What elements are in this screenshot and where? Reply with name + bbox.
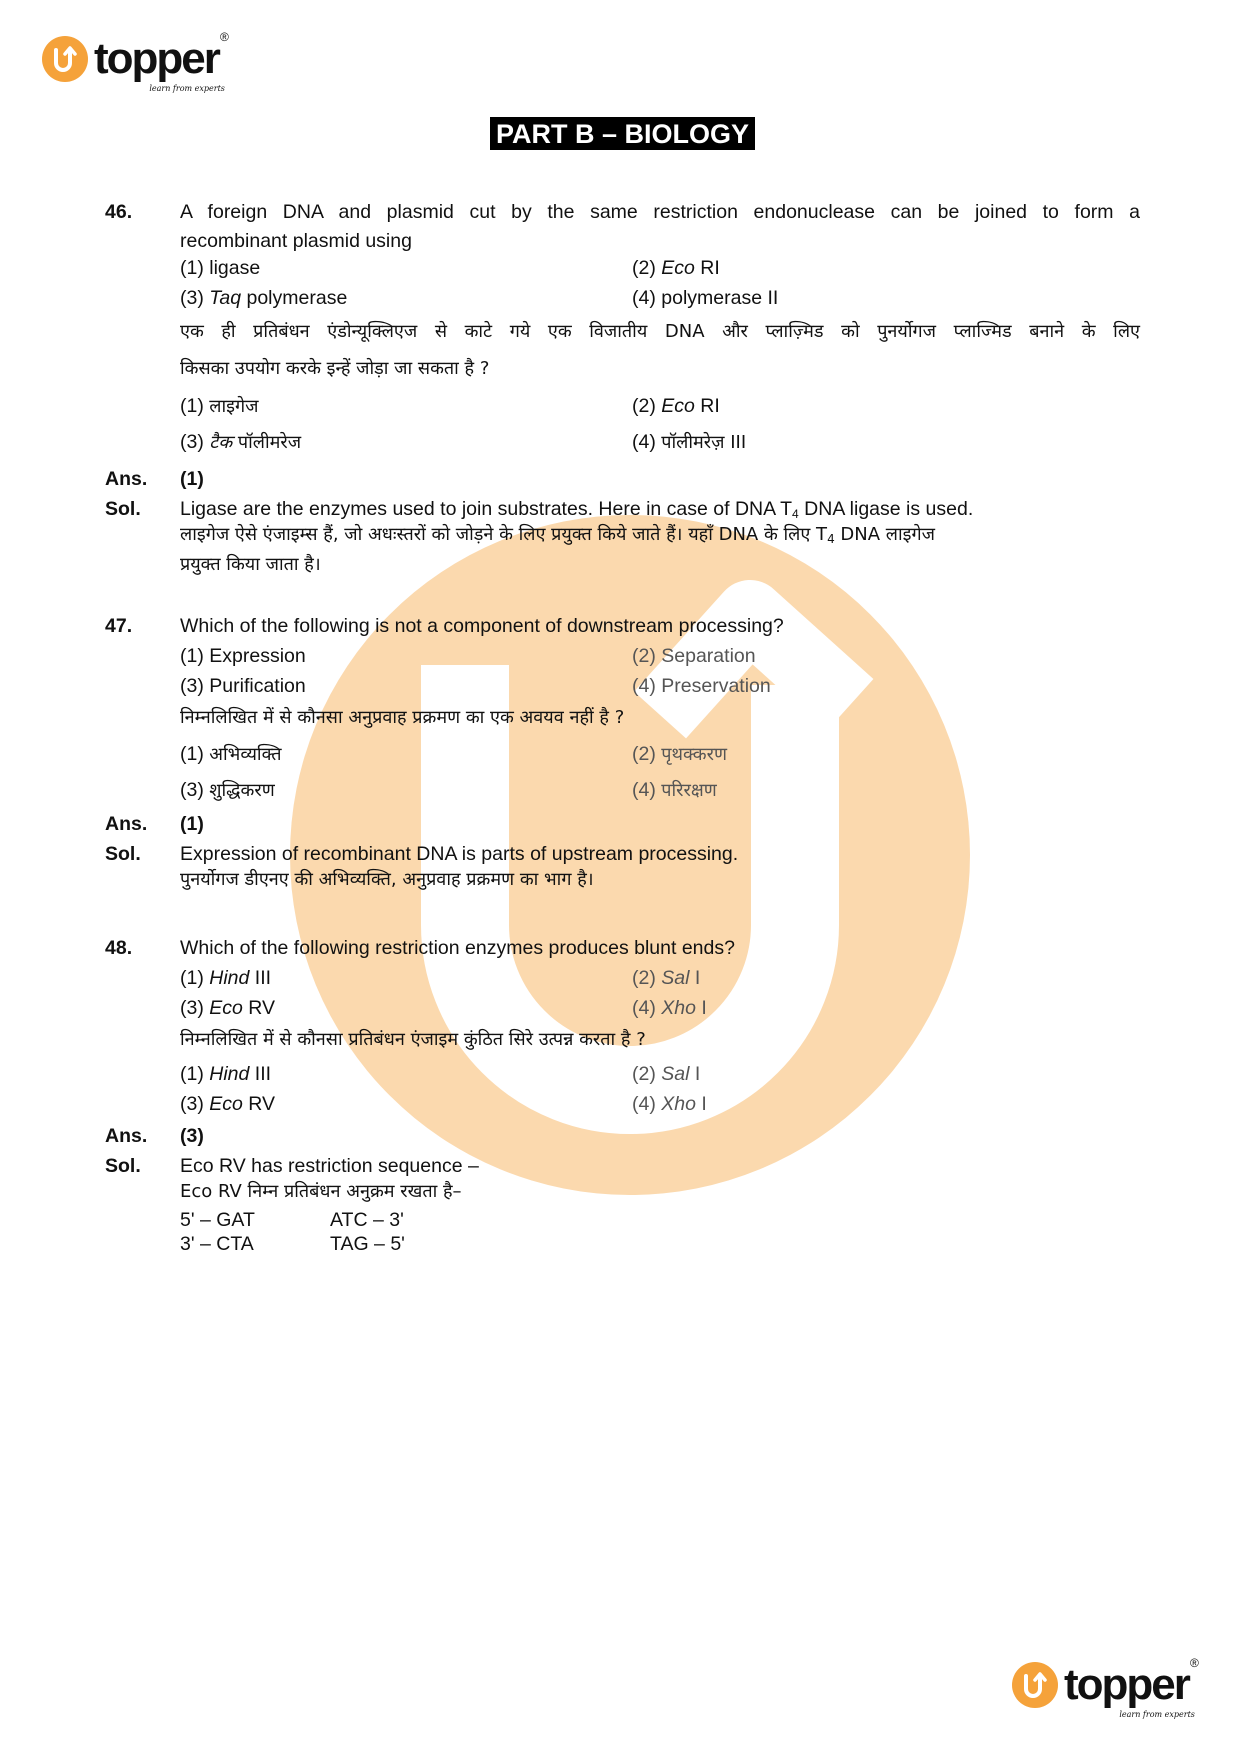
section-title: PART B – BIOLOGY bbox=[490, 117, 755, 150]
sequence-line-1: 5' – GAT ATC – 3' bbox=[180, 1208, 255, 1232]
q46-hindi-question: एक ही प्रतिबंधन एंडोन्यूक्लिएज से काटे ग… bbox=[180, 320, 1140, 344]
q46-option-1: (1) ligase bbox=[180, 256, 260, 280]
q48-option-1: (1) Hind III bbox=[180, 966, 271, 990]
q47-option-4: (4) Preservation bbox=[632, 674, 771, 698]
q47-hi-option-1: (1) अभिव्यक्ति bbox=[180, 742, 282, 767]
q48-option-3: (3) Eco RV bbox=[180, 996, 275, 1020]
q48-option-4: (4) Xho I bbox=[632, 996, 707, 1020]
q46-option-4: (4) polymerase II bbox=[632, 286, 778, 310]
q48-hi-option-4: (4) Xho I bbox=[632, 1092, 707, 1116]
q47-option-1: (1) Expression bbox=[180, 644, 306, 668]
q47-hindi-question: निम्नलिखित में से कौनसा अनुप्रवाह प्रक्र… bbox=[180, 706, 624, 730]
sequence-line-2: 3' – CTA TAG – 5' bbox=[180, 1232, 254, 1256]
brand-wordmark: topper ® learn from experts bbox=[1064, 1663, 1189, 1707]
q47-hi-option-4: (4) परिरक्षण bbox=[632, 778, 717, 803]
q48-hi-option-1: (1) Hind III bbox=[180, 1062, 271, 1086]
q46-option-3: (3) Taq polymerase bbox=[180, 286, 347, 310]
q48-hindi-question: निम्नलिखित में से कौनसा प्रतिबंधन एंजाइम… bbox=[180, 1028, 646, 1052]
q47-hi-option-2: (2) पृथक्करण bbox=[632, 742, 727, 767]
brand-wordmark: topper ® learn from experts bbox=[94, 37, 219, 81]
q46-hi-option-1: (1) लाइगेज bbox=[180, 394, 258, 419]
u-arrow-up-icon bbox=[1012, 1662, 1058, 1708]
q48-hi-option-3: (3) Eco RV bbox=[180, 1092, 275, 1116]
q46-hi-option-2: (2) Eco RI bbox=[632, 394, 720, 418]
topper-logo: topper ® learn from experts bbox=[42, 36, 219, 82]
u-arrow-up-icon bbox=[42, 36, 88, 82]
q48-hi-option-2: (2) Sal I bbox=[632, 1062, 700, 1086]
q48-option-2: (2) Sal I bbox=[632, 966, 700, 990]
q47-hi-option-3: (3) शुद्धिकरण bbox=[180, 778, 275, 803]
q46-hi-option-4: (4) पॉलीमरेज़ III bbox=[632, 430, 746, 455]
topper-logo-footer: topper ® learn from experts bbox=[1012, 1662, 1189, 1708]
q47-option-2: (2) Separation bbox=[632, 644, 756, 668]
q47-option-3: (3) Purification bbox=[180, 674, 306, 698]
q46-hi-option-3: (3) टैक पॉलीमरेज bbox=[180, 430, 301, 455]
q46-option-2: (2) Eco RI bbox=[632, 256, 720, 280]
